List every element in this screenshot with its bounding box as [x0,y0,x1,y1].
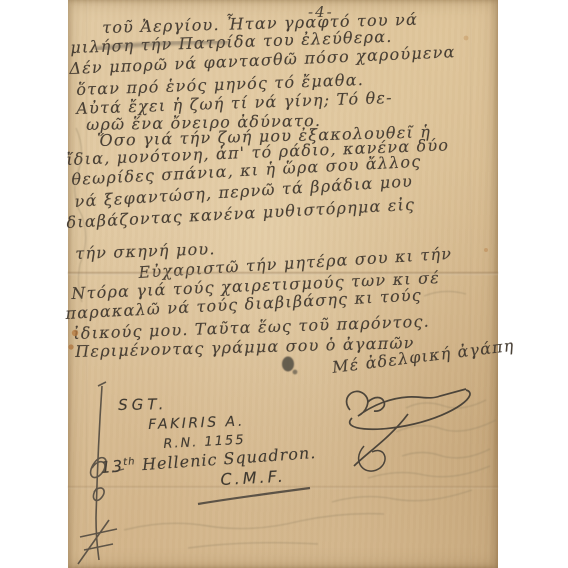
unit-number: 13 [100,456,124,477]
cmf-underline [198,488,310,504]
signature-flourish [347,389,470,471]
ink-blot [282,357,297,375]
scanned-letter: -4- τοῦ Ἀεργίου. Ἦταν γραφτό του νά μιλή… [0,0,568,568]
sender-rank: SGT. [118,395,168,414]
vertical-fold-crease [470,0,472,568]
sender-name: FAKIRIS A. [148,414,245,433]
horizontal-fold-crease [68,486,498,489]
sender-force: C.M.F. [220,467,286,489]
letter-paper: -4- τοῦ Ἀεργίου. Ἦταν γραφτό του νά μιλή… [68,0,498,568]
